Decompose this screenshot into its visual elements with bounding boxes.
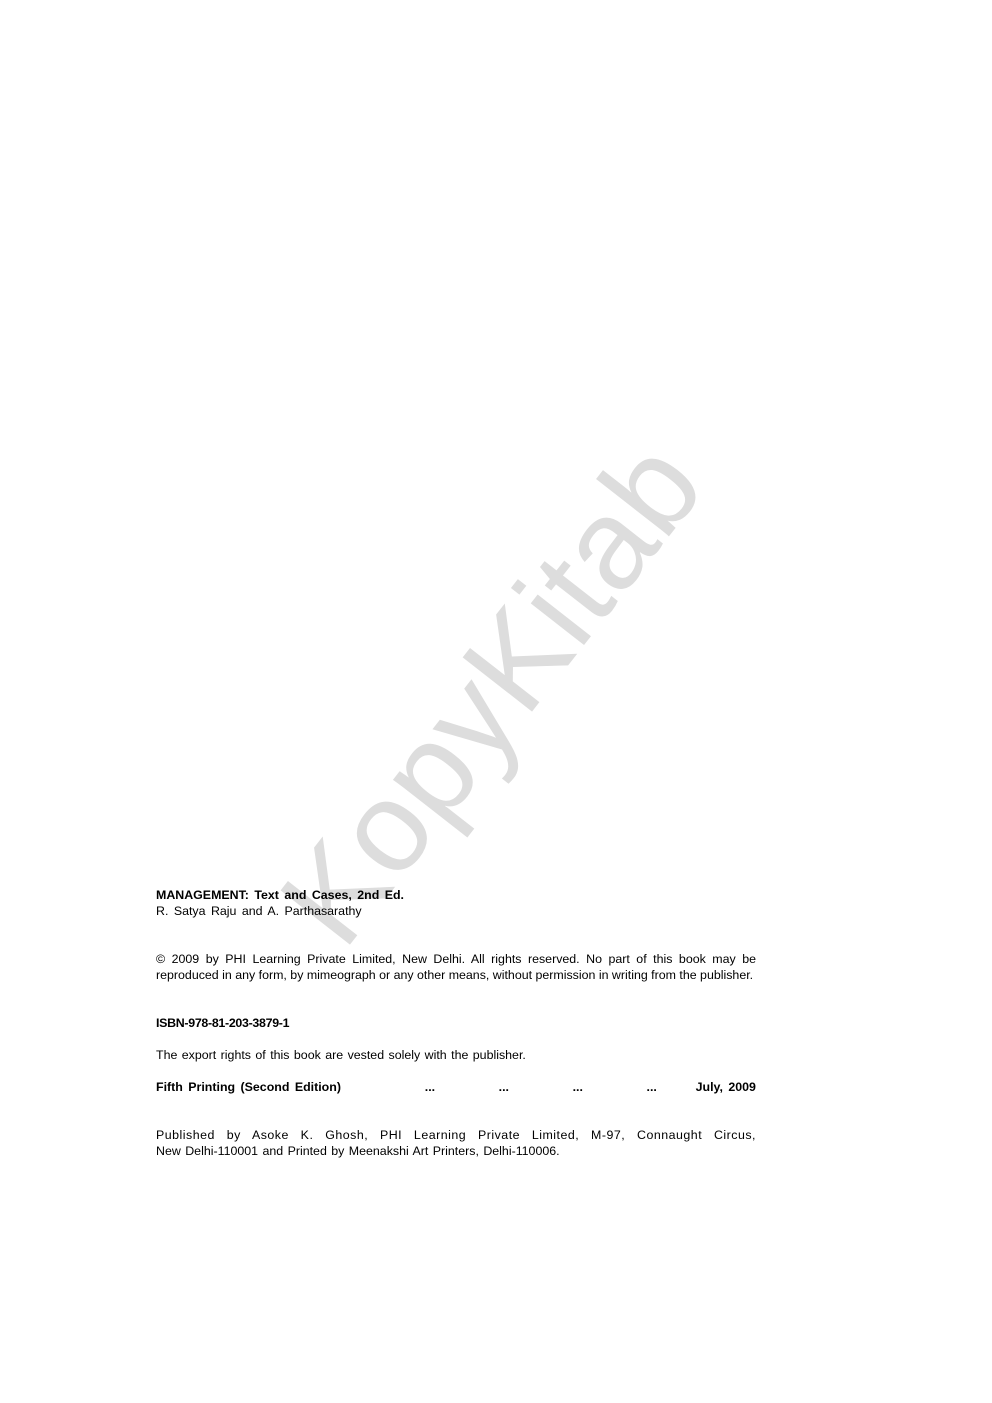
printing-label: Fifth Printing (Second Edition) xyxy=(156,1079,386,1095)
printing-separator: ... xyxy=(548,1079,608,1095)
book-authors: R. Satya Raju and A. Parthasarathy xyxy=(156,903,756,919)
publisher-info: Published by Asoke K. Ghosh, PHI Learnin… xyxy=(156,1127,756,1159)
printing-line: Fifth Printing (Second Edition) ... ... … xyxy=(156,1079,756,1095)
watermark: KopyKitab xyxy=(259,420,725,966)
publisher-line-1: Published by Asoke K. Ghosh, PHI Learnin… xyxy=(156,1127,756,1143)
printing-separator: ... xyxy=(474,1079,534,1095)
book-title-block: MANAGEMENT: Text and Cases, 2nd Ed. R. S… xyxy=(156,887,756,919)
printing-separator: ... xyxy=(622,1079,682,1095)
export-rights: The export rights of this book are veste… xyxy=(156,1047,756,1063)
printing-date: July, 2009 xyxy=(696,1079,756,1095)
isbn: ISBN-978-81-203-3879-1 xyxy=(156,1015,756,1031)
printing-separator: ... xyxy=(400,1079,460,1095)
copyright-notice: © 2009 by PHI Learning Private Limited, … xyxy=(156,951,756,983)
publisher-line-2: New Delhi-110001 and Printed by Meenaksh… xyxy=(156,1143,756,1159)
book-title: MANAGEMENT: Text and Cases, 2nd Ed. xyxy=(156,887,756,903)
